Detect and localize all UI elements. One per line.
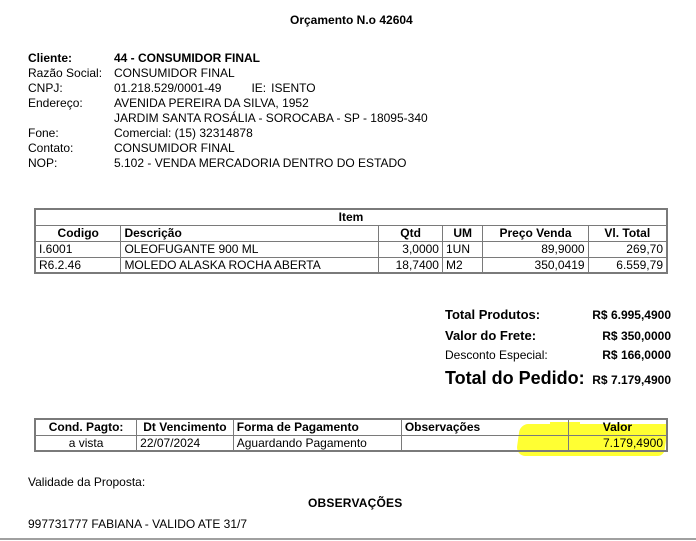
razao-social-value: CONSUMIDOR FINAL [114,66,235,81]
nop-label: NOP: [28,156,114,171]
table-row: a vista 22/07/2024 Aguardando Pagamento … [35,435,667,451]
item-vl-total: 6.559,79 [588,257,667,273]
item-codigo: I.6001 [35,241,121,257]
table-row: R6.2.46 MOLEDO ALASKA ROCHA ABERTA 18,74… [35,257,667,273]
cnpj-value: 01.218.529/0001-49 [114,81,221,96]
header-preco-venda: Preço Venda [483,225,588,241]
header-descricao: Descrição [121,225,379,241]
ie-label: IE: [251,81,266,96]
client-info: Cliente: 44 - CONSUMIDOR FINAL Razão Soc… [28,51,428,171]
nop-row: NOP: 5.102 - VENDA MERCADORIA DENTRO DO … [28,156,428,171]
header-valor: Valor [568,419,667,435]
contato-row: Contato: CONSUMIDOR FINAL [28,141,428,156]
contato-label: Contato: [28,141,114,156]
client-label: Cliente: [28,51,114,66]
frete-value: R$ 350,0000 [602,326,671,347]
item-vl-total: 269,70 [588,241,667,257]
contato-value: CONSUMIDOR FINAL [114,141,235,156]
payment-vencimento: 22/07/2024 [137,435,234,451]
client-row: Cliente: 44 - CONSUMIDOR FINAL [28,51,428,66]
cnpj-row: CNPJ: 01.218.529/0001-49 IE: ISENTO [28,81,428,96]
observations-text: 997731777 FABIANA - VALIDO ATE 31/7 [28,517,247,531]
desconto-value: R$ 166,0000 [602,346,671,365]
cnpj-label: CNPJ: [28,81,114,96]
frete-row: Valor do Frete: R$ 350,0000 [445,325,671,346]
item-um: M2 [442,257,482,273]
items-header-row: Codigo Descrição Qtd UM Preço Venda Vl. … [35,225,667,241]
bottom-divider [0,538,696,540]
payment-forma: Aguardando Pagamento [233,435,401,451]
payment-header-row: Cond. Pagto: Dt Vencimento Forma de Paga… [35,419,667,435]
item-qtd: 18,7400 [379,257,443,273]
endereco-row-2: JARDIM SANTA ROSÁLIA - SOROCABA - SP - 1… [28,111,428,126]
item-um: 1UN [442,241,482,257]
client-value: 44 - CONSUMIDOR FINAL [114,51,260,66]
items-table: Item Codigo Descrição Qtd UM Preço Venda… [34,208,668,274]
item-codigo: R6.2.46 [35,257,121,273]
fone-label: Fone: [28,126,114,141]
total-produtos-label: Total Produtos: [445,304,540,325]
endereco-value: AVENIDA PEREIRA DA SILVA, 1952 [114,96,309,111]
payment-valor: 7.179,4900 [568,435,667,451]
razao-social-row: Razão Social: CONSUMIDOR FINAL [28,66,428,81]
totals-section: Total Produtos: R$ 6.995,4900 Valor do F… [445,304,671,391]
item-preco-venda: 350,0419 [483,257,588,273]
item-descricao: MOLEDO ALASKA ROCHA ABERTA [121,257,379,273]
desconto-row: Desconto Especial: R$ 166,0000 [445,346,671,365]
fone-value: Comercial: (15) 32314878 [114,126,253,141]
fone-row: Fone: Comercial: (15) 32314878 [28,126,428,141]
budget-number: Orçamento N.o 42604 [290,13,413,27]
header-codigo: Codigo [35,225,121,241]
total-pedido-label: Total do Pedido: [445,365,585,391]
header-dt-vencimento: Dt Vencimento [137,419,234,435]
total-pedido-value: R$ 7.179,4900 [592,367,671,393]
header-vl-total: Vl. Total [588,225,667,241]
table-row: I.6001 OLEOFUGANTE 900 ML 3,0000 1UN 89,… [35,241,667,257]
header-um: UM [442,225,482,241]
razao-social-label: Razão Social: [28,66,114,81]
total-pedido-row: Total do Pedido: R$ 7.179,4900 [445,365,671,391]
validity-label: Validade da Proposta: [28,475,145,489]
header-forma-pagamento: Forma de Pagamento [233,419,401,435]
payment-table: Cond. Pagto: Dt Vencimento Forma de Paga… [34,418,668,452]
item-preco-venda: 89,9000 [483,241,588,257]
desconto-label: Desconto Especial: [445,346,548,365]
observations-title: OBSERVAÇÕES [308,496,402,510]
total-produtos-value: R$ 6.995,4900 [592,305,671,326]
items-caption: Item [35,209,667,225]
endereco-label-2 [28,111,114,126]
endereco-value-2: JARDIM SANTA ROSÁLIA - SOROCABA - SP - 1… [114,111,428,126]
ie-value: ISENTO [271,81,315,96]
item-qtd: 3,0000 [379,241,443,257]
endereco-label: Endereço: [28,96,114,111]
frete-label: Valor do Frete: [445,325,536,346]
header-observacoes: Observações [401,419,568,435]
header-cond-pagto: Cond. Pagto: [35,419,137,435]
payment-observacoes [401,435,568,451]
total-produtos-row: Total Produtos: R$ 6.995,4900 [445,304,671,325]
payment-cond: a vista [35,435,137,451]
nop-value: 5.102 - VENDA MERCADORIA DENTRO DO ESTAD… [114,156,407,171]
item-descricao: OLEOFUGANTE 900 ML [121,241,379,257]
header-qtd: Qtd [379,225,443,241]
endereco-row: Endereço: AVENIDA PEREIRA DA SILVA, 1952 [28,96,428,111]
